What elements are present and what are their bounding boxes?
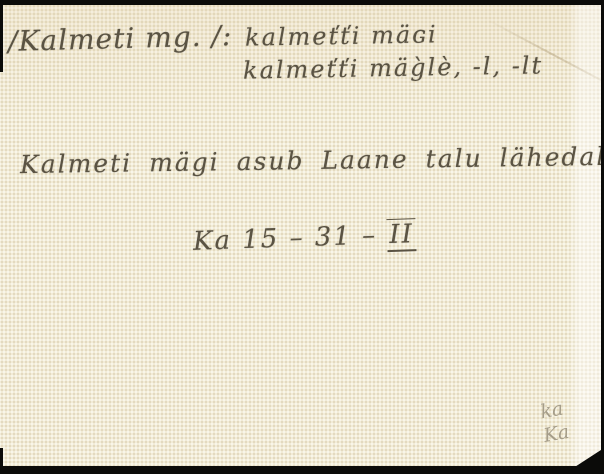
scanned-index-card: /Kalmeti mg. /: kalmeťťi mäɢi kalmeťťi m… xyxy=(0,0,604,474)
scan-edge-left-top xyxy=(0,0,3,72)
card-heading-placename: /Kalmeti mg. /: xyxy=(8,19,233,58)
phonetic-form-nominative: kalmeťťi mäɢi xyxy=(245,20,438,51)
corner-initials-line2: Ka xyxy=(542,420,571,448)
corner-initials: ka Ka xyxy=(539,396,571,447)
scan-corner-cut xyxy=(564,448,604,474)
scan-edge-bottom xyxy=(0,466,604,474)
map-reference-roman-numeral: II xyxy=(387,218,417,252)
map-reference-numbers: Ka 15 – 31 – xyxy=(193,220,388,257)
map-reference: Ka 15 – 31 – II xyxy=(193,219,417,257)
scan-edge-top xyxy=(0,0,604,5)
description-text: Kalmeti mägi asub Laane talu lähedal xyxy=(20,142,604,179)
phonetic-form-cases: kalmeťťi mäg̀lè, -l, -lt xyxy=(243,51,544,84)
scan-edge-left-bottom xyxy=(0,448,3,470)
paper-shading-right xyxy=(568,0,602,474)
